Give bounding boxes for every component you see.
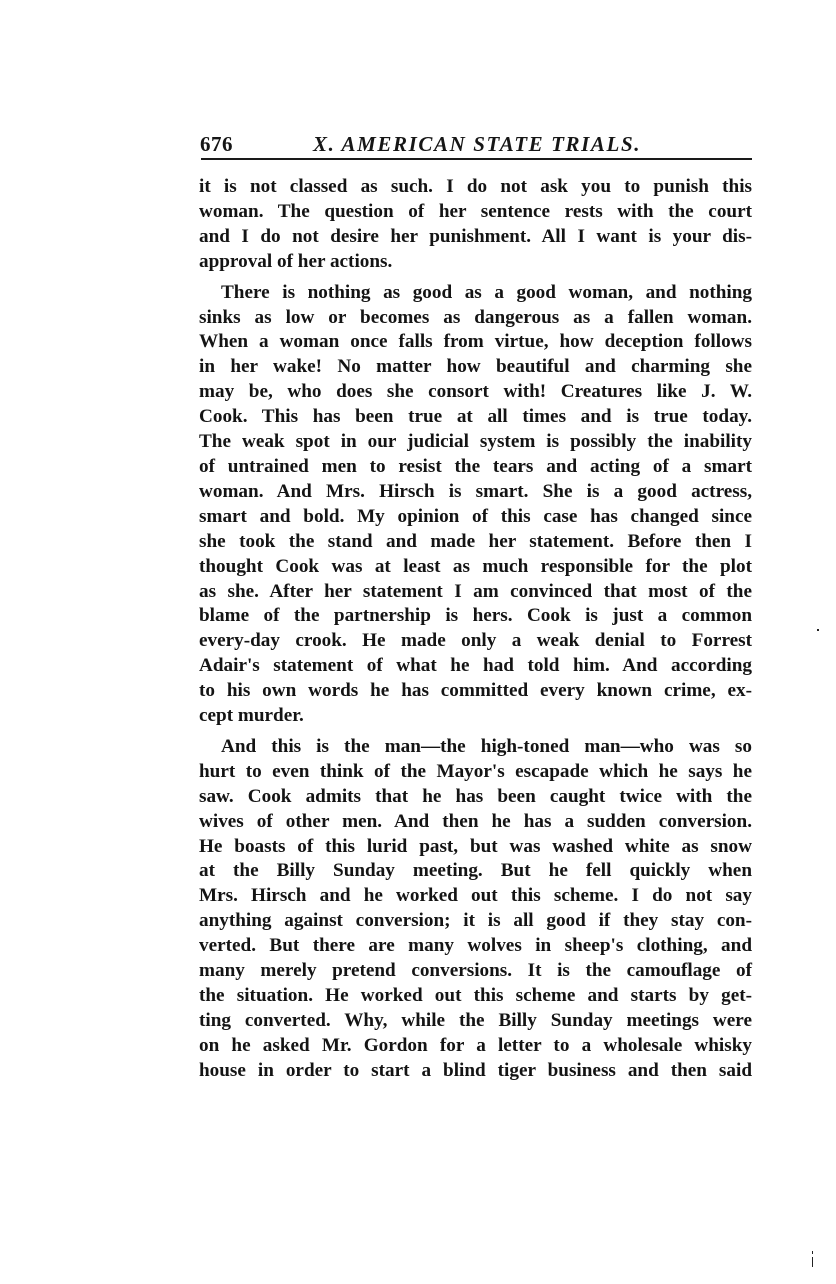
running-head: 676 X. AMERICAN STATE TRIALS. [199, 128, 752, 156]
text-line: And this is the man—the high-toned man—w… [199, 735, 752, 760]
text-line: The weak spot in our judicial system is … [199, 430, 752, 455]
text-line: it is not classed as such. I do not ask … [199, 175, 752, 200]
text-line: at the Billy Sunday meeting. But he fell… [199, 859, 752, 884]
text-line: on he asked Mr. Gordon for a letter to a… [199, 1034, 752, 1059]
book-page: 676 X. AMERICAN STATE TRIALS. it is not … [199, 128, 752, 156]
text-line: woman. And Mrs. Hirsch is smart. She is … [199, 480, 752, 505]
paragraph-3: And this is the man—the high-toned man—w… [199, 735, 752, 1084]
text-line: When a woman once falls from virtue, how… [199, 330, 752, 355]
text-line: and I do not desire her punishment. All … [199, 225, 752, 250]
text-line: thought Cook was at least as much respon… [199, 555, 752, 580]
paragraph-2: There is nothing as good as a good woman… [199, 281, 752, 729]
text-line: Cook. This has been true at all times an… [199, 405, 752, 430]
text-line: smart and bold. My opinion of this case … [199, 505, 752, 530]
text-line: woman. The question of her sentence rest… [199, 200, 752, 225]
text-line: approval of her actions. [199, 250, 752, 275]
text-line: hurt to even think of the Mayor's escapa… [199, 760, 752, 785]
text-line: wives of other men. And then he has a su… [199, 810, 752, 835]
paragraph-1: it is not classed as such. I do not ask … [199, 175, 752, 275]
text-line: of untrained men to resist the tears and… [199, 455, 752, 480]
text-line: blame of the partnership is hers. Cook i… [199, 604, 752, 629]
text-line: to his own words he has committed every … [199, 679, 752, 704]
text-line: anything against conversion; it is all g… [199, 909, 752, 934]
text-line: every-day crook. He made only a weak den… [199, 629, 752, 654]
text-line: saw. Cook admits that he has been caught… [199, 785, 752, 810]
scan-mark [812, 1257, 813, 1267]
text-line: may be, who does she consort with! Creat… [199, 380, 752, 405]
running-title: X. AMERICAN STATE TRIALS. [313, 130, 641, 158]
body-text: it is not classed as such. I do not ask … [199, 175, 752, 1084]
scan-mark [812, 1251, 813, 1254]
text-line: house in order to start a blind tiger bu… [199, 1059, 752, 1084]
text-line: He boasts of this lurid past, but was wa… [199, 835, 752, 860]
text-line: verted. But there are many wolves in she… [199, 934, 752, 959]
text-line: Mrs. Hirsch and he worked out this schem… [199, 884, 752, 909]
text-line: ting converted. Why, while the Billy Sun… [199, 1009, 752, 1034]
scan-speck [817, 629, 819, 631]
header-rule [201, 158, 752, 160]
text-line: as she. After her statement I am convinc… [199, 580, 752, 605]
page-number: 676 [200, 130, 233, 158]
text-line: in her wake! No matter how beautiful and… [199, 355, 752, 380]
text-line: she took the stand and made her statemen… [199, 530, 752, 555]
text-line: Adair's statement of what he had told hi… [199, 654, 752, 679]
text-line: the situation. He worked out this scheme… [199, 984, 752, 1009]
text-line: many merely pretend conversions. It is t… [199, 959, 752, 984]
text-line: There is nothing as good as a good woman… [199, 281, 752, 306]
text-line: cept murder. [199, 704, 752, 729]
text-line: sinks as low or becomes as dangerous as … [199, 306, 752, 331]
